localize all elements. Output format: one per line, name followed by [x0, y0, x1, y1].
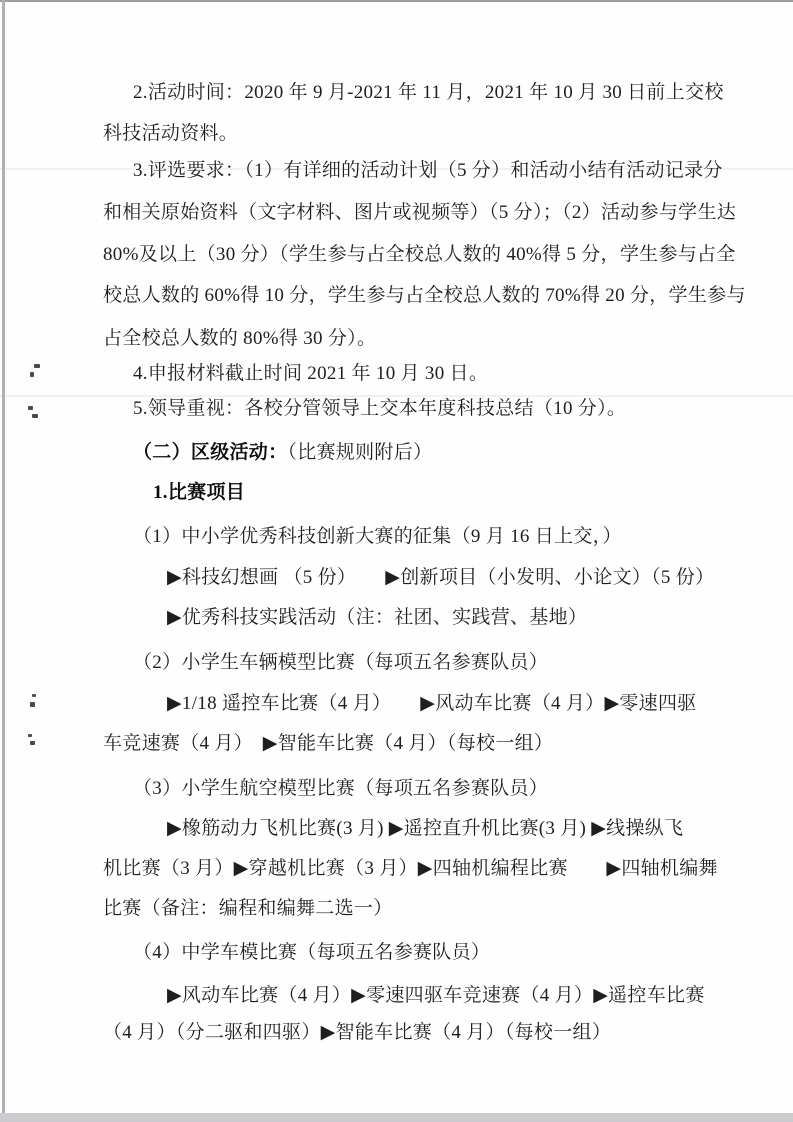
scan-speck	[30, 741, 35, 745]
item-1-bullets-line1: ▶科技幻想画 （5 份） ▶创新项目（小发明、小论文）（5 份）	[167, 565, 714, 591]
item-4-bullets-line2: （4 月）（分二驱和四驱）▶智能车比赛（4 月）（每校一组）	[103, 1020, 611, 1046]
section-heading-bold: （二）区级活动：	[133, 442, 287, 463]
scan-speck	[28, 406, 33, 410]
item-3-bullets-line2: 机比赛（3 月）▶穿越机比赛（3 月）▶四轴机编程比赛 ▶四轴机编舞	[103, 856, 718, 882]
item-3-aviation-model-contest: （3）小学生航空模型比赛（每项五名参赛队员）	[133, 776, 548, 802]
scan-edge-left	[2, 0, 5, 1122]
item-1-innovation-contest: （1）中小学优秀科技创新大赛的征集（9 月 16 日上交，）	[133, 524, 622, 550]
scan-edge-top	[0, 0, 793, 2]
scan-speck	[32, 694, 36, 697]
scan-speck	[32, 414, 38, 418]
item-1-bullets-line2: ▶优秀科技实践活动（注：社团、实践营、基地）	[167, 605, 587, 631]
item-2-bullets-line1: ▶1/18 遥控车比赛（4 月） ▶风动车比赛（4 月）▶零速四驱	[167, 691, 697, 717]
paragraph-activity-time-line2: 科技活动资料。	[103, 121, 238, 147]
scan-speck	[30, 702, 35, 707]
item-3-bullets-line3: 比赛（备注：编程和编舞二选一）	[103, 896, 393, 922]
paragraph-selection-req-line2: 和相关原始资料（文字材料、图片或视频等）（5 分）；（2）活动参与学生达	[103, 200, 736, 226]
item-2-bullets-line2: 车竞速赛（4 月） ▶智能车比赛（4 月）（每校一组）	[103, 731, 553, 757]
document-text-block: 2.活动时间：2020 年 9 月-2021 年 11 月，2021 年 10 …	[103, 0, 743, 1122]
item-3-bullets-line1: ▶橡筋动力飞机比赛(3 月) ▶遥控直升机比赛(3 月) ▶线操纵飞	[167, 816, 683, 842]
scan-speck	[34, 364, 40, 368]
paragraph-leadership: 5.领导重视：各校分管领导上交本年度科技总结（10 分）。	[133, 396, 626, 422]
paragraph-selection-req-line4: 校总人数的 60%得 10 分，学生参与占全校总人数的 70%得 20 分，学生…	[103, 283, 746, 309]
paragraph-deadline: 4.申报材料截止时间 2021 年 10 月 30 日。	[133, 361, 488, 387]
item-4-bullets-line1: ▶风动车比赛（4 月）▶零速四驱车竞速赛（4 月）▶遥控车比赛	[167, 983, 705, 1009]
paragraph-activity-time-line1: 2.活动时间：2020 年 9 月-2021 年 11 月，2021 年 10 …	[133, 80, 724, 106]
section-heading-district-activity: （二）区级活动：（比赛规则附后）	[133, 440, 432, 466]
item-2-vehicle-model-contest: （2）小学生车辆模型比赛（每项五名参赛队员）	[133, 650, 548, 676]
subsection-heading-competition-items: 1.比赛项目	[153, 480, 245, 506]
scan-edge-bottom	[0, 1113, 793, 1122]
document-page: 2.活动时间：2020 年 9 月-2021 年 11 月，2021 年 10 …	[0, 0, 793, 1122]
scan-speck	[28, 734, 32, 737]
item-4-middle-school-car-contest: （4）中学车模比赛（每项五名参赛队员）	[133, 940, 490, 966]
scan-speck	[30, 372, 34, 377]
paragraph-selection-req-line3: 80%及以上（30 分）（学生参与占全校总人数的 40%得 5 分，学生参与占全	[103, 242, 736, 268]
paragraph-selection-req-line5: 占全校总人数的 80%得 30 分）。	[103, 326, 376, 352]
paragraph-selection-req-line1: 3.评选要求：（1）有详细的活动计划（5 分）和活动小结有活动记录分	[133, 158, 723, 184]
section-heading-rest: （比赛规则附后）	[287, 442, 432, 463]
